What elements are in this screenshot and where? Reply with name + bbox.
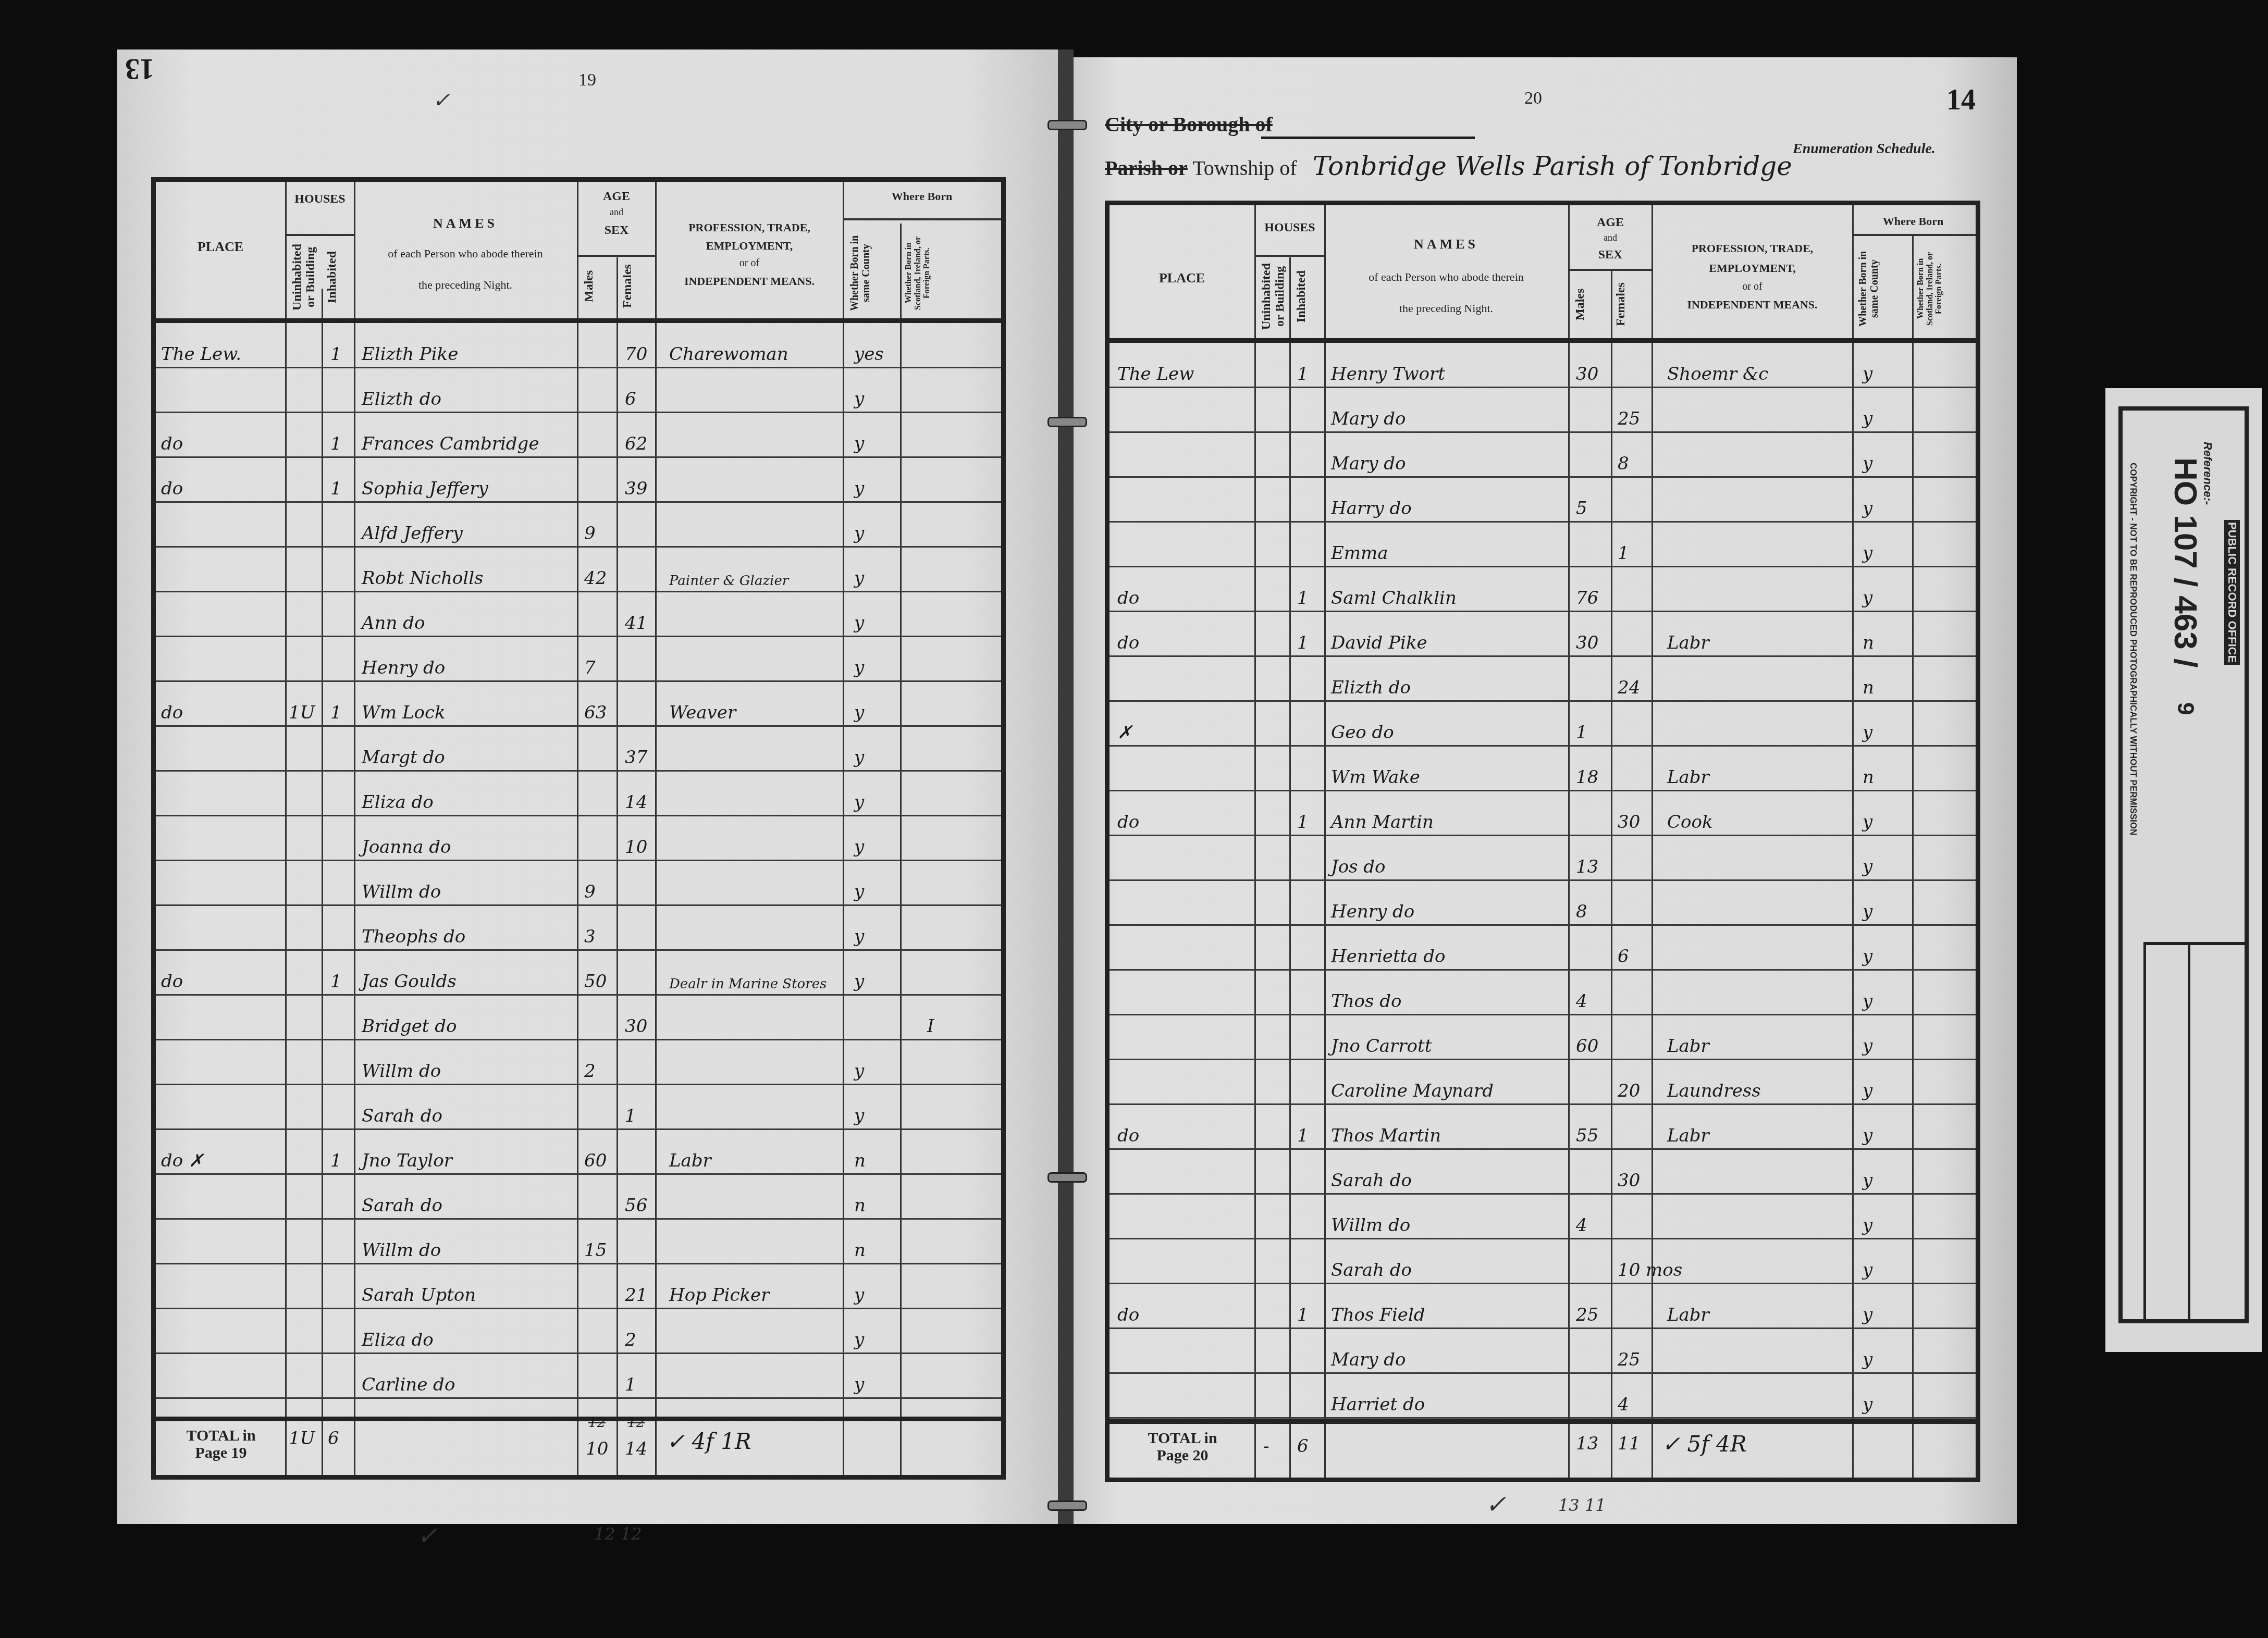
male-age-cell: 9 [584,523,596,544]
name-cell: Mary do [1331,453,1406,474]
table-row: Joanna do10y [156,816,1001,861]
name-cell: Mary do [1331,408,1406,429]
table-row: Sarah do1y [156,1085,1001,1130]
name-cell: Henry Twort [1331,364,1445,384]
header-profession-4: INDEPENDENT MEANS. [656,275,843,288]
born-county-cell: n [854,1240,866,1261]
born-county-cell: y [1863,408,1872,429]
born-county-cell: y [1863,1215,1872,1236]
female-age-cell: 21 [625,1285,647,1306]
table-row: The Lew1Henry Twort30Shoemr &cy [1110,343,1976,388]
table-row: Mary do8y [1110,433,1976,478]
left-census-table: PLACE HOUSES Uninhabited or Building Inh… [151,177,1006,1480]
born-county-cell: y [854,1285,864,1306]
header-born-county: Whether Born in same County [1857,242,1907,336]
male-age-cell: 42 [584,568,607,589]
table-row: Emma1y [1110,523,1976,567]
table-row: do1David Pike30Labrn [1110,612,1976,657]
table-row: Henry do7y [156,637,1001,682]
page-number-left: 19 [578,70,596,90]
header-born-county: Whether Born in same County [849,226,896,320]
total-label-line1: TOTAL in [161,1427,281,1444]
born-county-cell: y [854,657,864,678]
township-value: Tonbridge Wells Parish of Tonbridge [1313,151,1792,181]
check-mark-icon: ✓ [417,1521,438,1550]
born-county-cell: y [1863,1036,1872,1057]
name-cell: Willm do [362,1240,441,1261]
table-row: do1Ann Martin30Cooky [1110,791,1976,836]
born-county-cell: y [1863,588,1872,609]
header-born-scotland: Whether Born in Scotland, Ireland, or Fo… [904,226,962,320]
total-label-line2: Page 19 [161,1444,281,1461]
profession-cell: Shoemr &c [1667,364,1768,384]
born-county-cell: y [854,926,864,947]
born-county-cell: n [1863,632,1874,653]
header-females: Females [621,260,652,312]
female-age-cell: 2 [625,1330,636,1350]
header-names-sub2: the preceding Night. [1324,302,1568,315]
table-row: Bridget do30I [156,996,1001,1040]
born-county-cell: y [854,433,864,454]
name-cell: Thos Martin [1331,1125,1441,1146]
header-houses: HOUSES [1255,221,1324,235]
born-county-cell: y [1863,1394,1872,1415]
name-cell: Jno Carrott [1331,1036,1432,1057]
male-age-cell: 25 [1576,1305,1598,1325]
uninhabited-cell: 1U [289,702,315,723]
male-age-cell: 3 [584,926,596,947]
table-row: Willm do4y [1110,1195,1976,1239]
female-age-cell: 1 [1618,543,1629,564]
place-cell: do [161,433,183,454]
female-age-cell: 39 [625,478,647,499]
female-age-cell: 41 [625,613,647,634]
header-age-and: and [578,207,655,218]
female-age-cell: 8 [1618,453,1629,474]
born-county-cell: y [1863,1305,1872,1325]
name-cell: Theophs do [362,926,465,947]
table-row: do1Frances Cambridge62y [156,413,1001,458]
name-cell: Henrietta do [1331,946,1446,967]
table-row: do1U1Wm Lock63Weavery [156,682,1001,727]
table-row: do1Thos Field25Labry [1110,1284,1976,1329]
profession-cell: Painter & Glazier [669,573,788,589]
place-cell: The Lew [1117,364,1194,384]
born-county-cell: y [854,613,864,634]
township-line: Parish or Township of Tonbridge Wells Pa… [1105,151,1792,181]
name-cell: Sarah do [1331,1170,1412,1191]
total-label-right: TOTAL in Page 20 [1115,1430,1250,1464]
profession-cell: Hop Picker [669,1285,769,1306]
male-age-cell: 30 [1576,364,1598,384]
female-age-cell: 6 [1618,946,1629,967]
schedule-label: Enumeration Schedule. [1793,141,1936,157]
born-county-cell: y [854,389,864,409]
name-cell: Bridget do [362,1016,457,1037]
name-cell: Mary do [1331,1349,1406,1370]
female-age-cell: 20 [1618,1081,1640,1101]
place-cell: ✗ [1117,722,1132,743]
township-label: Township of [1192,156,1297,180]
table-row: Eliza do2y [156,1309,1001,1354]
header-profession-1: PROFESSION, TRADE, [656,221,843,234]
name-cell: Harry do [1331,498,1412,519]
corner-folio-mark-right: 14 [1946,83,1976,117]
male-age-cell: 50 [584,971,607,992]
male-age-cell: 30 [1576,632,1598,653]
table-row: Henrietta do6y [1110,926,1976,971]
header-place: PLACE [1110,270,1254,286]
male-age-cell: 4 [1576,991,1587,1012]
check-mark-icon: ✓ [433,89,450,113]
inhabited-cell: 1 [330,702,342,723]
header-age: AGE [1569,216,1651,230]
header-males: Males [1573,276,1607,333]
inhabited-cell: 1 [330,1150,342,1171]
table-row: Jos do13y [1110,836,1976,881]
male-age-cell: 13 [1576,857,1598,877]
reference-card-frame: Reference:- HO 107 / 463 / 9 PUBLIC RECO… [2118,406,2249,1323]
born-county-cell: y [854,792,864,813]
male-age-cell: 1 [1576,722,1587,743]
header-females: Females [1614,276,1647,333]
binding-ring-icon [1047,417,1087,427]
right-census-table: PLACE HOUSES Uninhabited or Building Inh… [1105,201,1980,1482]
total-males: 10 [586,1438,608,1459]
male-age-cell: 60 [584,1150,607,1171]
table-row: Mary do25y [1110,1329,1976,1374]
born-county-cell: y [1863,1349,1872,1370]
header-profession-1: PROFESSION, TRADE, [1653,242,1852,255]
binding-ring-icon [1047,1500,1087,1511]
table-row: Caroline Maynard20Laundressy [1110,1060,1976,1105]
header-uninhabited: Uninhabited or Building [290,239,319,315]
name-cell: Elizth Pike [362,344,458,365]
name-cell: Eliza do [362,1330,434,1350]
below-total-numbers-left: 12 12 [594,1524,642,1544]
female-age-cell: 1 [625,1374,636,1395]
header-place: PLACE [156,239,285,255]
male-age-cell: 5 [1576,498,1587,519]
profession-cell: Labr [1667,767,1709,788]
born-county-cell: n [1863,677,1874,698]
city-borough-field [1261,136,1475,139]
table-row: Alfd Jeffery9y [156,503,1001,548]
header-names: NAMES [1324,237,1568,252]
name-cell: Saml Chalklin [1331,588,1457,609]
name-cell: Caroline Maynard [1331,1081,1494,1101]
inhabited-cell: 1 [1297,364,1309,384]
book-spine [1058,49,1074,1524]
table-row: Sarah do56n [156,1175,1001,1220]
name-cell: Alfd Jeffery [362,523,463,544]
male-age-cell: 60 [1576,1036,1598,1057]
place-cell: do [1117,1305,1139,1325]
male-age-cell: 15 [584,1240,607,1261]
table-row: Margt do37y [156,727,1001,772]
name-cell: Frances Cambridge [362,433,539,454]
name-cell: Henry do [362,657,445,678]
name-cell: Jas Goulds [362,971,457,992]
born-county-cell: y [1863,1170,1872,1191]
name-cell: Sophia Jeffery [362,478,488,499]
profession-cell: Charewoman [669,344,788,365]
place-cell: do [1117,812,1139,833]
female-age-cell: 37 [625,747,647,768]
born-county-cell: y [1863,946,1872,967]
reference-card: Reference:- HO 107 / 463 / 9 PUBLIC RECO… [2105,388,2262,1352]
total-inhabited: 6 [1297,1436,1309,1457]
female-age-cell: 24 [1618,677,1640,698]
header-sex: SEX [1569,248,1651,263]
born-county-cell: y [1863,812,1872,833]
inhabited-cell: 1 [330,971,342,992]
table-row: Sarah do10 mosy [1110,1239,1976,1284]
table-row: Robt Nicholls42Painter & Glaziery [156,548,1001,592]
table-row: Elizth do24n [1110,657,1976,702]
place-cell: do [1117,632,1139,653]
name-cell: Sarah do [362,1195,442,1216]
name-cell: Thos do [1331,991,1402,1012]
header-houses: HOUSES [286,192,354,207]
born-county-cell: y [854,1061,864,1082]
born-county-cell: y [1863,498,1872,519]
header-names-sub2: the preceding Night. [354,278,577,291]
profession-cell: Labr [1667,1305,1709,1325]
name-cell: Robt Nicholls [362,568,484,589]
female-age-cell: 4 [1618,1394,1629,1415]
header-inhabited: Inhabited [325,239,351,315]
born-county-cell: y [1863,453,1872,474]
header-sex: SEX [578,224,655,238]
corner-folio-mark-left: 13 [125,52,154,85]
male-age-cell: 8 [1576,901,1587,922]
header-where-born: Where Born [844,190,1000,203]
name-cell: Sarah do [362,1106,442,1126]
table-row: Sarah do30y [1110,1150,1976,1195]
table-row: ✗Geo do1y [1110,702,1976,747]
female-age-cell: 1 [625,1106,636,1126]
name-cell: Elizth do [362,389,441,409]
binding-ring-icon [1047,120,1087,130]
table-row: Jno Carrott60Labry [1110,1015,1976,1060]
header-profession-3: or of [656,257,843,269]
born-county-cell: y [854,568,864,589]
name-cell: Willm do [1331,1215,1410,1236]
inhabited-cell: 1 [1297,1305,1309,1325]
copyright-notice: COPYRIGHT - NOT TO BE REPRODUCED PHOTOGR… [2128,463,2138,835]
name-cell: Willm do [362,882,441,902]
born-county-cell: y [854,1374,864,1395]
born-county-cell: n [854,1150,866,1171]
profession-cell: Labr [1667,1125,1709,1146]
table-row: Wm Wake18Labrn [1110,747,1976,791]
female-age-cell: 10 mos [1618,1260,1682,1281]
born-county-cell: y [854,882,864,902]
place-cell: do [161,971,183,992]
born-county-cell: y [854,702,864,723]
public-record-office-stamp: PUBLIC RECORD OFFICE [2224,520,2240,665]
profession-cell: Labr [1667,632,1709,653]
name-cell: Eliza do [362,792,434,813]
table-row: do1Saml Chalklin76y [1110,567,1976,612]
place-cell: do [161,702,183,723]
total-notes: ✓ 4f 1R [667,1429,751,1454]
table-row: Willm do15n [156,1220,1001,1264]
table-row: Theophs do3y [156,906,1001,951]
table-row: Mary do25y [1110,388,1976,433]
name-cell: Joanna do [362,837,451,858]
table-row: Harriet do4y [1110,1374,1976,1419]
inhabited-cell: 1 [1297,588,1309,609]
city-borough-label: City or Borough of [1105,112,1273,136]
header-profession-3: or of [1653,281,1852,293]
table-row: Elizth do6y [156,368,1001,413]
total-label-line2: Page 20 [1115,1447,1250,1464]
name-cell: Wm Lock [362,702,446,723]
table-row: Thos do4y [1110,971,1976,1015]
name-cell: Jos do [1331,857,1386,877]
table-row: Carline do1y [156,1354,1001,1399]
born-county-cell: y [854,837,864,858]
total-label-left: TOTAL in Page 19 [161,1427,281,1461]
born-county-cell: n [854,1195,866,1216]
born-county-cell: y [1863,857,1872,877]
female-age-cell: 70 [625,344,647,365]
born-county-cell: y [1863,991,1872,1012]
name-cell: Sarah Upton [362,1285,476,1306]
reference-folio: 9 [2172,702,2198,715]
female-age-cell: 25 [1618,1349,1640,1370]
check-mark-icon: ✓ [1485,1490,1506,1519]
born-county-cell: y [854,971,864,992]
header-names-sub1: of each Person who abode therein [1324,270,1568,283]
name-cell: Harriet do [1331,1394,1425,1415]
female-age-cell: 14 [625,792,647,813]
header-where-born: Where Born [1853,215,1973,228]
female-age-cell: 56 [625,1195,647,1216]
header-males: Males [582,260,613,312]
total-inhabited: 6 [328,1428,339,1449]
header-profession-4: INDEPENDENT MEANS. [1653,298,1852,311]
name-cell: Emma [1331,543,1388,564]
inhabited-cell: 1 [1297,812,1309,833]
total-males: 13 [1576,1433,1598,1454]
born-county-cell: y [1863,1081,1872,1101]
table-row: Harry do5y [1110,478,1976,523]
profession-cell: Laundress [1667,1081,1761,1101]
header-born-scotland: Whether Born in Scotland, Ireland, or Fo… [1916,242,1974,336]
total-notes: ✓ 5f 4R [1662,1431,1747,1457]
below-total-numbers-right: 13 11 [1558,1495,1606,1515]
header-age: AGE [578,190,655,204]
name-cell: David Pike [1331,632,1427,653]
header-profession-2: EMPLOYMENT, [1653,262,1852,275]
total-uninhabited: 1U [289,1428,315,1449]
born-county-cell: y [1863,543,1872,564]
born-foreign-cell: I [927,1016,934,1037]
profession-cell: Weaver [669,702,736,723]
table-row: The Lew.1Elizth Pike70Charewomanyes [156,324,1001,368]
header-names-sub1: of each Person who abode therein [354,247,577,260]
reference-number: HO 107 / 463 / [2167,457,2204,667]
born-county-cell: y [1863,364,1872,384]
male-age-cell: 4 [1576,1215,1587,1236]
born-county-cell: y [1863,1125,1872,1146]
table-row: Sarah Upton21Hop Pickery [156,1264,1001,1309]
male-age-cell: 76 [1576,588,1598,609]
born-county-cell: y [1863,901,1872,922]
born-county-cell: y [854,523,864,544]
profession-cell: Cook [1667,812,1713,833]
table-row: Eliza do14y [156,772,1001,816]
binding-ring-icon [1047,1172,1087,1183]
inhabited-cell: 1 [1297,632,1309,653]
name-cell: Thos Field [1331,1305,1425,1325]
table-row: Willm do9y [156,861,1001,906]
table-row: Henry do8y [1110,881,1976,926]
born-county-cell: y [1863,1260,1872,1281]
born-county-cell: yes [854,344,884,365]
total-uninhabited: - [1263,1436,1269,1457]
table-row: do1Thos Martin55Labry [1110,1105,1976,1150]
table-row: Ann do41y [156,592,1001,637]
name-cell: Ann do [362,613,425,634]
place-cell: The Lew. [161,344,241,365]
place-cell: do ✗ [161,1150,204,1171]
name-cell: Carline do [362,1374,455,1395]
male-age-cell: 55 [1576,1125,1598,1146]
header-profession-2: EMPLOYMENT, [656,239,843,252]
inhabited-cell: 1 [330,478,342,499]
born-county-cell: y [1863,722,1872,743]
header-uninhabited: Uninhabited or Building [1260,260,1288,333]
name-cell: Henry do [1331,901,1414,922]
male-age-cell: 9 [584,882,596,902]
name-cell: Willm do [362,1061,441,1082]
female-age-cell: 25 [1618,408,1640,429]
total-females-struck: 12 [627,1415,645,1431]
female-age-cell: 6 [625,389,636,409]
profession-cell: Labr [1667,1036,1709,1057]
born-county-cell: n [1863,767,1874,788]
header-inhabited: Inhabited [1295,260,1321,333]
table-row: do1Sophia Jeffery39y [156,458,1001,503]
profession-cell: Dealr in Marine Stores [669,976,827,992]
total-females: 14 [625,1438,647,1459]
inhabited-cell: 1 [1297,1125,1309,1146]
inhabited-cell: 1 [330,433,342,454]
place-cell: do [1117,588,1139,609]
total-females: 11 [1618,1433,1640,1454]
male-age-cell: 18 [1576,767,1598,788]
inhabited-cell: 1 [330,344,342,365]
born-county-cell: y [854,1106,864,1126]
name-cell: Margt do [362,747,445,768]
table-row: Willm do2y [156,1040,1001,1085]
female-age-cell: 30 [1618,1170,1640,1191]
parish-label: Parish or [1105,156,1188,180]
name-cell: Elizth do [1331,677,1411,698]
female-age-cell: 30 [625,1016,647,1037]
male-age-cell: 63 [584,702,607,723]
header-names: NAMES [354,216,577,231]
header-age-and: and [1569,232,1651,243]
name-cell: Wm Wake [1331,767,1420,788]
female-age-cell: 30 [1618,812,1640,833]
female-age-cell: 62 [625,433,647,454]
born-county-cell: y [854,478,864,499]
